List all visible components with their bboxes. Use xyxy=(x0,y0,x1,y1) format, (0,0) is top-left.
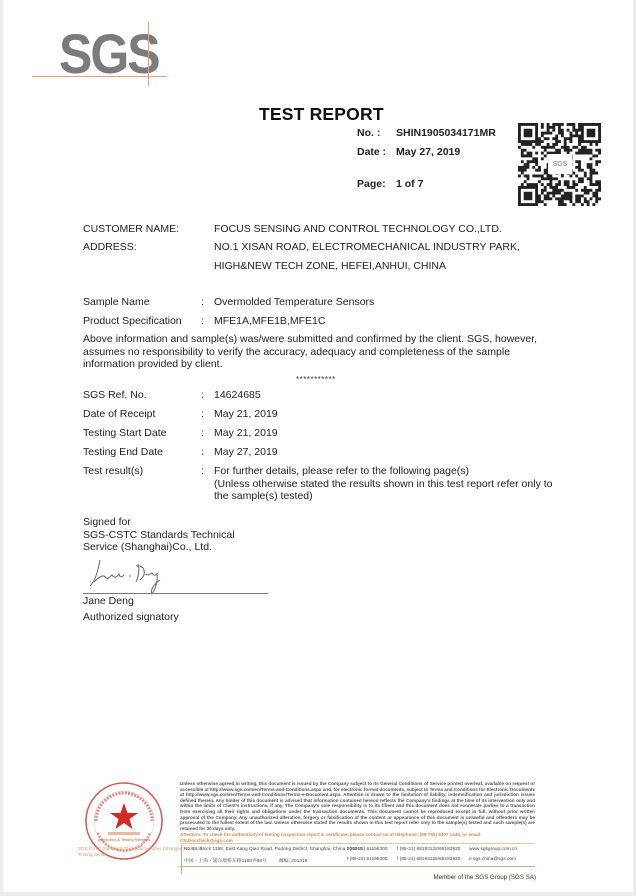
sgs-ref-label: SGS Ref. No. xyxy=(83,389,147,401)
svg-text:Inspection & Testing Services: Inspection & Testing Services xyxy=(98,837,150,842)
signatory-name: Jane Deng xyxy=(83,595,134,607)
disclaimer-paragraph: Above information and sample(s) was/were… xyxy=(83,333,563,371)
report-number: No. : SHIN1905034171MR xyxy=(357,127,380,139)
test-result-value: For further details, please refer to the… xyxy=(214,465,469,477)
page-edge-bottom xyxy=(0,892,636,896)
report-date-value: May 27, 2019 xyxy=(396,146,460,158)
customer-name-value: FOCUS SENSING AND CONTROL TECHNOLOGY CO.… xyxy=(214,223,502,235)
address-line-2: HIGH&NEW TECH ZONE, HEFEI,ANHUI, CHINA xyxy=(214,260,446,272)
test-result-note-1: (Unless otherwise stated the results sho… xyxy=(214,478,553,490)
office-phone-cn: t (86-21) 61196300 xyxy=(347,857,387,862)
signatory-title: Authorized signatory xyxy=(83,611,179,623)
signing-company-line-1: SGS-CSTC Standards Technical xyxy=(83,529,235,542)
testing-start-label: Testing Start Date xyxy=(83,427,166,439)
signing-company-line-2: Service (Shanghai)Co., Ltd. xyxy=(83,541,235,554)
page-value: 1 of 7 xyxy=(396,178,423,190)
sample-name-label: Sample Name xyxy=(83,296,150,308)
colon: : xyxy=(201,427,204,439)
colon: : xyxy=(201,446,204,458)
testing-end-value: May 27, 2019 xyxy=(214,446,278,458)
logo-vertical-rule xyxy=(148,22,149,86)
office-phone: t (86-21) 61196300 xyxy=(347,847,387,852)
sgs-logo-text: SGS xyxy=(59,26,159,82)
handwritten-signature xyxy=(86,556,166,596)
test-result-note-2: the sample(s) tested) xyxy=(214,490,313,502)
footer-vertical-rule xyxy=(181,845,182,874)
address-label: ADDRESS: xyxy=(83,241,137,253)
report-number-value: SHIN1905034171MR xyxy=(396,127,496,139)
qr-center-label: SGS xyxy=(548,154,572,174)
colon: : xyxy=(201,296,204,308)
office-address-en: No.88, Block 1198, East Kang Qiao Road, … xyxy=(184,847,363,852)
page-indicator: Page: 1 of 7 xyxy=(357,178,386,190)
sgs-logo: SGS xyxy=(32,22,168,86)
receipt-date-value: May 21, 2019 xyxy=(214,408,278,420)
website-link[interactable]: www.sgsgroup.com.cn xyxy=(469,847,517,852)
sgs-group-membership: Member of the SGS Group (SGS SA) xyxy=(434,874,536,881)
office-fax-cn: f (86-21) 68183122/68183920 xyxy=(397,857,460,862)
test-result-label: Test result(s) xyxy=(83,465,143,477)
separator-stars: *********** xyxy=(296,375,336,384)
address-line-1: NO.1 XISAN ROAD, ELECTROMECHANICAL INDUS… xyxy=(214,241,520,253)
office-fax: f (86-21) 68183122/68183920 xyxy=(397,847,460,852)
footer-divider-top xyxy=(180,843,535,844)
colon: : xyxy=(201,408,204,420)
page-label: Page: xyxy=(357,178,386,190)
email-link[interactable]: e sgs.china@sgs.com xyxy=(469,857,516,862)
testing-end-label: Testing End Date xyxy=(83,446,163,458)
signed-for-label: Signed for xyxy=(83,516,235,529)
footer-divider-bottom xyxy=(180,866,535,867)
page-edge-left xyxy=(0,0,3,896)
sample-name-value: Overmolded Temperature Sensors xyxy=(214,296,374,308)
colon: : xyxy=(201,465,204,477)
product-spec-value: MFE1A,MFE1B,MFE1C xyxy=(214,315,325,327)
customer-name-label: CUSTOMER NAME: xyxy=(83,223,179,235)
colon: : xyxy=(201,389,204,401)
legal-terms-text: Unless otherwise agreed in writing, this… xyxy=(180,781,535,831)
postcode: 邮编: 201319 xyxy=(279,857,307,864)
authenticity-notice: Attention: To check the authenticity of … xyxy=(180,832,535,843)
receipt-date-label: Date of Receipt xyxy=(83,408,155,420)
logo-horizontal-rule xyxy=(32,76,167,77)
office-address-cn: 中国・上海・浦东康桥东路1198弄88号 xyxy=(184,857,267,864)
qr-code[interactable]: SGS xyxy=(518,123,601,206)
product-spec-label: Product Specification xyxy=(83,315,182,327)
signature-line xyxy=(83,593,268,594)
testing-start-value: May 21, 2019 xyxy=(214,427,278,439)
colon: : xyxy=(201,315,204,327)
report-date-label: Date : xyxy=(357,146,386,158)
report-number-label: No. : xyxy=(357,127,380,139)
signed-for-block: Signed for SGS-CSTC Standards Technical … xyxy=(83,516,235,554)
report-title: TEST REPORT xyxy=(259,104,384,125)
sgs-ref-value: 14624685 xyxy=(214,389,261,401)
report-date: Date : May 27, 2019 xyxy=(357,146,386,158)
